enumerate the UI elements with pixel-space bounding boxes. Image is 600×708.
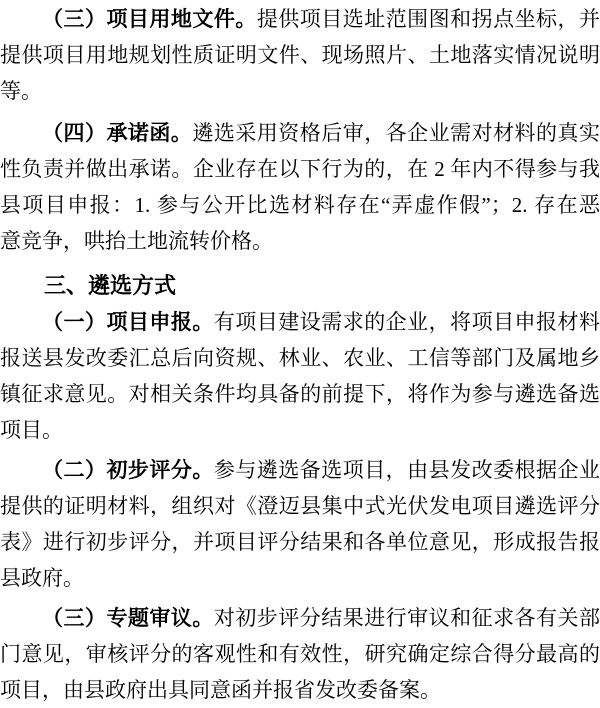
text-line: 提供的证明材料，组织对《澄迈县集中式光伏发电项目遴选评分 (0, 488, 600, 524)
text-line: 性负责并做出承诺。企业存在以下行为的，在 2 年内不得参与我 (0, 151, 600, 187)
paragraph-commitment-letter: （四）承诺函。遴选采用资格后审，各企业需对材料的真实 性负责并做出承诺。企业存在… (0, 115, 600, 259)
text-line: 项目。 (0, 412, 600, 448)
text-line: 县政府。 (0, 560, 600, 596)
text-line: （四）承诺函。遴选采用资格后审，各企业需对材料的真实 (0, 115, 600, 151)
text-line: （一）项目申报。有项目建设需求的企业，将项目申报材料 (0, 304, 600, 340)
text-line: 等。 (0, 73, 600, 109)
document-page: （三）项目用地文件。提供项目选址范围图和拐点坐标，并 提供项目用地规划性质证明文… (0, 0, 600, 708)
paragraph-text: 有项目建设需求的企业，将项目申报材料 (214, 310, 600, 334)
paragraph-text: 遴选采用资格后审，各企业需对材料的真实 (192, 121, 600, 145)
text-line: 提供项目用地规划性质证明文件、现场照片、土地落实情况说明 (0, 37, 600, 73)
paragraph-text: 参与遴选备选项目，由县发改委根据企业 (214, 458, 600, 482)
paragraph-lead-bold: （四）承诺函。 (42, 121, 192, 145)
text-line: 镇征求意见。对相关条件均具备的前提下，将作为参与遴选备选 (0, 376, 600, 412)
section-heading-selection-method: 三、遴选方式 (0, 268, 600, 304)
paragraph-text: 提供项目选址范围图和拐点坐标，并 (257, 7, 600, 31)
text-line: 项目，由县政府出具同意函并报省发改委备案。 (0, 672, 600, 708)
paragraph-project-application: （一）项目申报。有项目建设需求的企业，将项目申报材料 报送县发改委汇总后向资规、… (0, 304, 600, 448)
paragraph-lead-bold: （一）项目申报。 (42, 310, 214, 334)
text-line: 门意见，审核评分的客观性和有效性，研究确定综合得分最高的 (0, 636, 600, 672)
paragraph-preliminary-scoring: （二）初步评分。参与遴选备选项目，由县发改委根据企业 提供的证明材料，组织对《澄… (0, 452, 600, 596)
text-line: 报送县发改委汇总后向资规、林业、农业、工信等部门及属地乡 (0, 340, 600, 376)
text-line: （二）初步评分。参与遴选备选项目，由县发改委根据企业 (0, 452, 600, 488)
paragraph-land-file: （三）项目用地文件。提供项目选址范围图和拐点坐标，并 提供项目用地规划性质证明文… (0, 1, 600, 109)
text-line: 县项目申报：1. 参与公开比选材料存在“弄虚作假”；2. 存在恶 (0, 187, 600, 223)
paragraph-special-review: （三）专题审议。对初步评分结果进行审议和征求各有关部 门意见，审核评分的客观性和… (0, 600, 600, 708)
text-line: （三）专题审议。对初步评分结果进行审议和征求各有关部 (0, 600, 600, 636)
paragraph-lead-bold: （三）项目用地文件。 (42, 7, 257, 31)
text-line: 意竞争，哄抬土地流转价格。 (0, 223, 600, 259)
paragraph-lead-bold: （二）初步评分。 (42, 458, 214, 482)
text-line: 表》进行初步评分，并项目评分结果和各单位意见，形成报告报 (0, 524, 600, 560)
text-line: （三）项目用地文件。提供项目选址范围图和拐点坐标，并 (0, 1, 600, 37)
paragraph-lead-bold: （三）专题审议。 (42, 606, 214, 630)
paragraph-text: 对初步评分结果进行审议和征求各有关部 (214, 606, 600, 630)
